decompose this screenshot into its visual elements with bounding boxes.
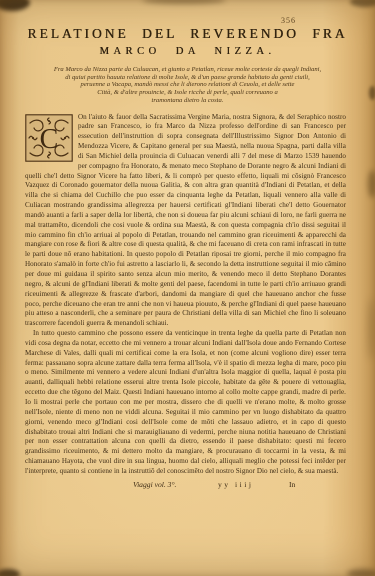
- book-page: 356 RELATIONE DEL REVERENDO FRA MARCO DA…: [0, 0, 375, 576]
- page-footer: Viaggi vol. 3°. yy iiij In: [0, 480, 375, 493]
- page-subtitle: MARCO DA NIZZA.: [0, 46, 375, 57]
- paper-stain: [347, 569, 375, 576]
- argument-line: Città, & d'altre prouincie, & Isole ricc…: [18, 89, 358, 97]
- paper-stain: [368, 298, 375, 360]
- body-text-block: C On l'aiuto & fauor della Sacratissima …: [25, 113, 346, 477]
- volume-label: Viaggi vol. 3°.: [133, 480, 176, 489]
- folio-number: 356: [281, 16, 296, 25]
- paper-stain: [142, 0, 226, 4]
- ornate-initial-svg: C: [25, 114, 73, 162]
- argument-line: peruenne a Vacapa, mandò messi che li di…: [18, 81, 358, 89]
- ornate-initial-woodcut: C: [25, 114, 73, 162]
- paper-stain: [0, 0, 30, 11]
- drop-cap-letter: C: [40, 124, 59, 155]
- paper-stain: [368, 170, 375, 198]
- paper-stain: [369, 86, 375, 100]
- catchword: In: [289, 480, 295, 489]
- paper-stain: [0, 569, 20, 576]
- body-paragraph: On l'aiuto & fauor della Sacratissima Ve…: [25, 113, 346, 330]
- argument-line: di quiui partito hauuta relatione di mol…: [18, 74, 358, 82]
- signature-mark: yy iiij: [218, 480, 253, 489]
- argument-summary: Fra Marco da Nizza parte da Culuacan, et…: [18, 66, 358, 105]
- argument-line: tramontana dietro la costa.: [18, 97, 358, 105]
- paper-stain: [350, 0, 375, 7]
- body-paragraph: In tutto questo cammino che possono esse…: [25, 329, 346, 477]
- argument-line: Fra Marco da Nizza parte da Culuacan, et…: [18, 66, 358, 74]
- page-title: RELATIONE DEL REVERENDO FRA: [14, 26, 361, 42]
